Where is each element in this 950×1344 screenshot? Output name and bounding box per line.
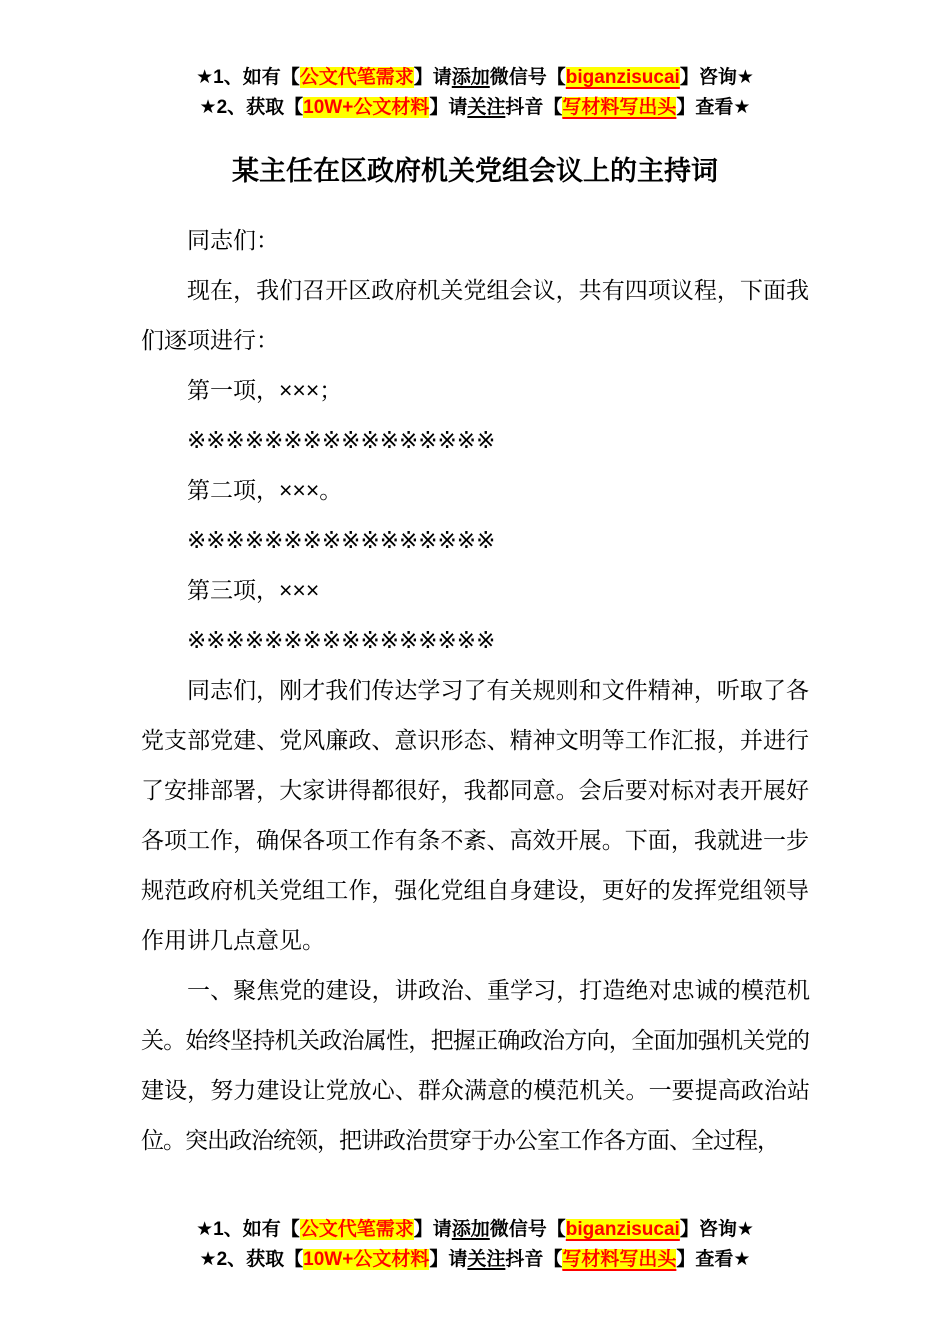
promo-wechat-id: biganzisucai bbox=[566, 67, 680, 88]
promo-line-2: ★2、获取【10W+公文材料】请关注抖音【写材料写出头】查看★ bbox=[0, 1245, 950, 1275]
promo-text: 】咨询★ bbox=[680, 67, 754, 88]
promo-douyin-id: 写材料写出头 bbox=[562, 1249, 676, 1270]
promo-underlined-text: 添加 bbox=[452, 67, 490, 88]
promo-banner-top: ★1、如有【公文代笔需求】请添加微信号【biganzisucai】咨询★ ★2、… bbox=[0, 63, 950, 123]
document-body: 同志们： 现在，我们召开区政府机关党组会议，共有四项议程，下面我们逐项进行： 第… bbox=[141, 215, 809, 1165]
promo-text: 】查看★ bbox=[676, 1249, 750, 1270]
promo-text: ★1、如有【 bbox=[196, 67, 300, 88]
promo-underlined-text: 添加 bbox=[452, 1219, 490, 1240]
paragraph-agenda-item-2: 第二项，×××。 bbox=[141, 465, 809, 515]
paragraph-salutation: 同志们： bbox=[141, 215, 809, 265]
promo-line-2: ★2、获取【10W+公文材料】请关注抖音【写材料写出头】查看★ bbox=[0, 93, 950, 123]
promo-text: 】请 bbox=[429, 97, 467, 118]
promo-douyin-id: 写材料写出头 bbox=[562, 97, 676, 118]
paragraph-point-one: 一、聚焦党的建设，讲政治、重学习，打造绝对忠诚的模范机关。始终坚持机关政治属性，… bbox=[141, 965, 809, 1165]
paragraph-agenda-item-3: 第三项，××× bbox=[141, 565, 809, 615]
promo-text: 】咨询★ bbox=[680, 1219, 754, 1240]
promo-text: 】请 bbox=[414, 67, 452, 88]
promo-text: 抖音【 bbox=[505, 1249, 562, 1270]
promo-line-1: ★1、如有【公文代笔需求】请添加微信号【biganzisucai】咨询★ bbox=[0, 63, 950, 93]
promo-banner-bottom: ★1、如有【公文代笔需求】请添加微信号【biganzisucai】咨询★ ★2、… bbox=[0, 1215, 950, 1275]
paragraph-placeholder: ※※※※※※※※※※※※※※※※ bbox=[141, 515, 809, 565]
promo-text: ★2、获取【 bbox=[200, 1249, 304, 1270]
paragraph-placeholder: ※※※※※※※※※※※※※※※※ bbox=[141, 415, 809, 465]
promo-text: 】请 bbox=[414, 1219, 452, 1240]
promo-line-1: ★1、如有【公文代笔需求】请添加微信号【biganzisucai】咨询★ bbox=[0, 1215, 950, 1245]
promo-text: 】查看★ bbox=[676, 97, 750, 118]
promo-underlined-text: 关注 bbox=[467, 97, 505, 118]
document-title: 某主任在区政府机关党组会议上的主持词 bbox=[0, 150, 950, 192]
promo-wechat-id: biganzisucai bbox=[566, 1219, 680, 1240]
promo-text: ★1、如有【 bbox=[196, 1219, 300, 1240]
promo-highlight: 公文代笔需求 bbox=[300, 67, 414, 88]
document-page: { "banner": { "line1": { "prefix": "★1、如… bbox=[0, 0, 950, 1344]
paragraph-placeholder: ※※※※※※※※※※※※※※※※ bbox=[141, 615, 809, 665]
promo-text: 微信号【 bbox=[490, 1219, 566, 1240]
promo-underlined-text: 关注 bbox=[467, 1249, 505, 1270]
promo-text: 抖音【 bbox=[505, 97, 562, 118]
promo-text: ★2、获取【 bbox=[200, 97, 304, 118]
promo-highlight: 公文代笔需求 bbox=[300, 1219, 414, 1240]
promo-highlight: 10W+公文材料 bbox=[303, 97, 429, 118]
paragraph-agenda-item-1: 第一项，×××； bbox=[141, 365, 809, 415]
promo-text: 微信号【 bbox=[490, 67, 566, 88]
promo-highlight: 10W+公文材料 bbox=[303, 1249, 429, 1270]
paragraph-summary: 同志们，刚才我们传达学习了有关规则和文件精神，听取了各党支部党建、党风廉政、意识… bbox=[141, 665, 809, 965]
paragraph-intro: 现在，我们召开区政府机关党组会议，共有四项议程，下面我们逐项进行： bbox=[141, 265, 809, 365]
promo-text: 】请 bbox=[429, 1249, 467, 1270]
